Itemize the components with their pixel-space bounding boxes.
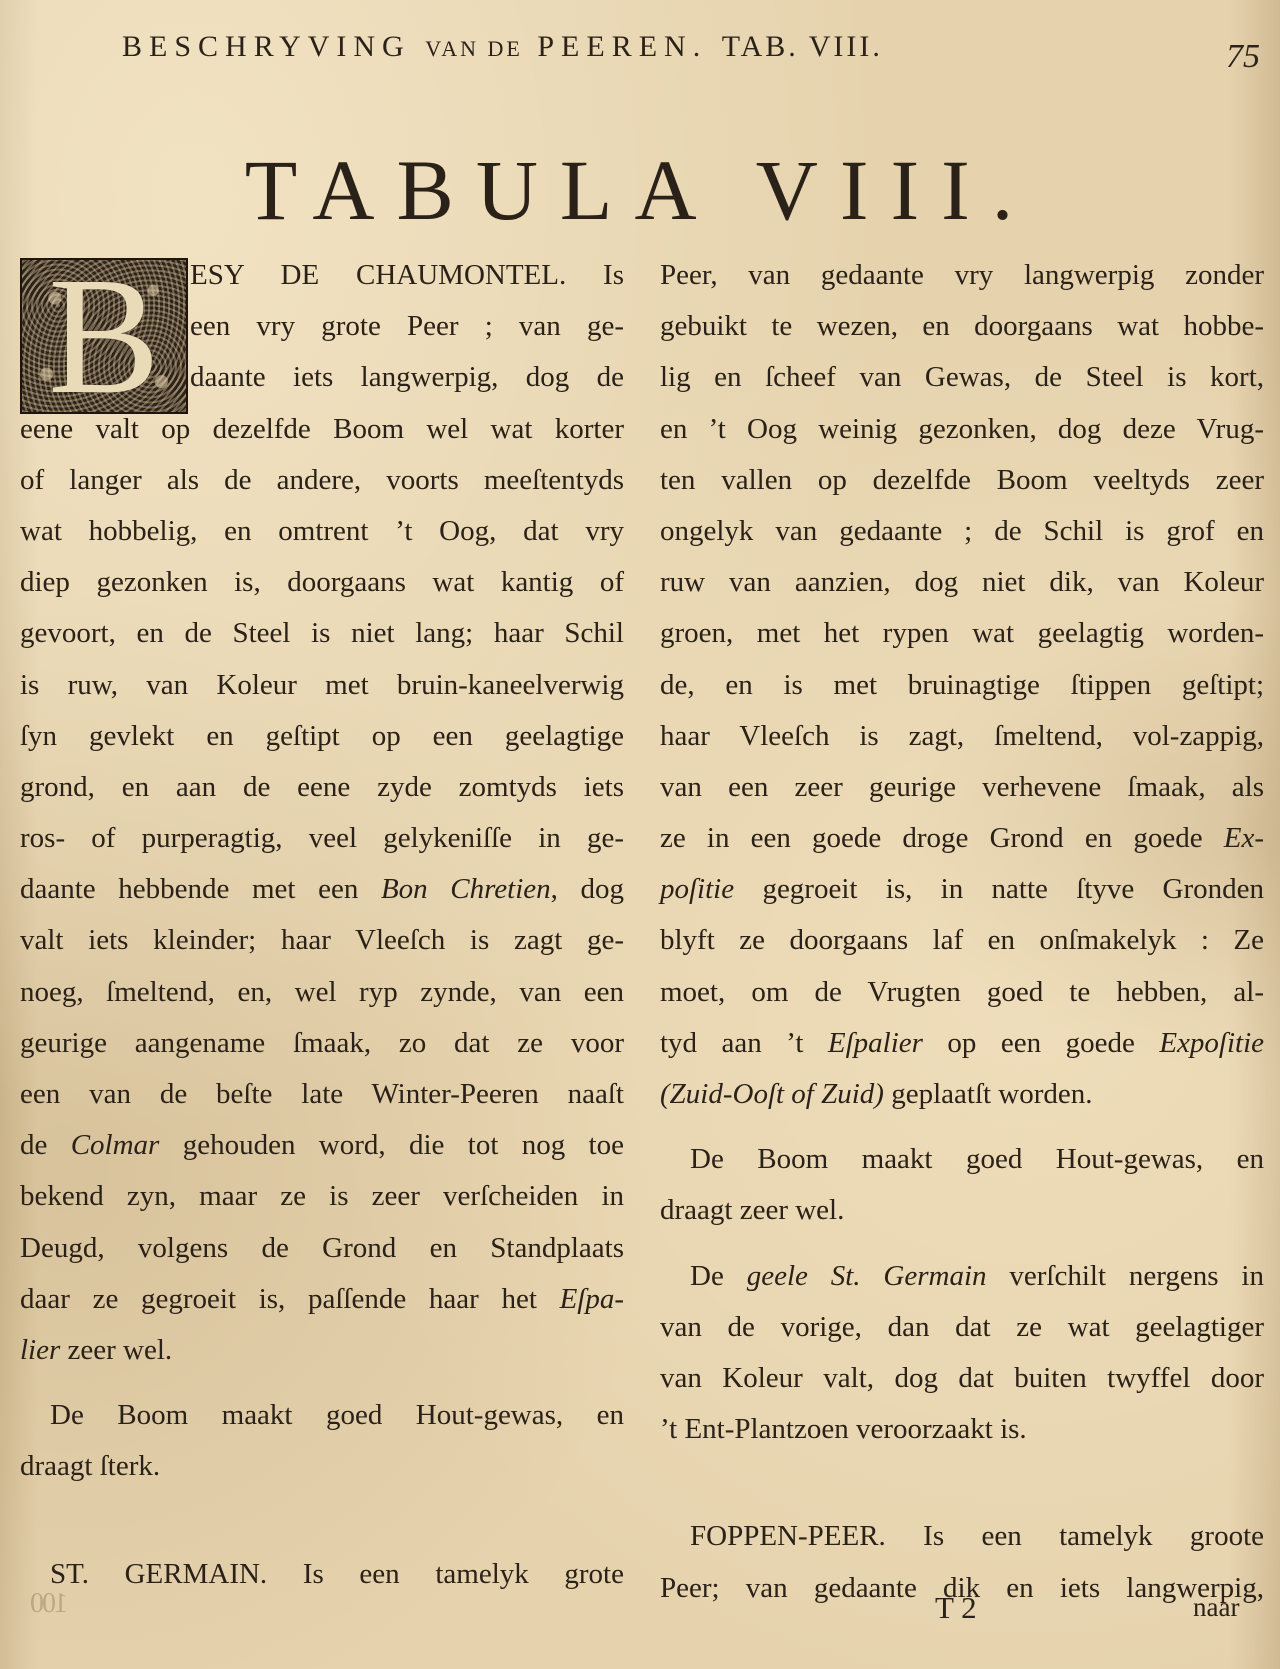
text-line: groen, met het rypen wat geelagtig worde… <box>660 608 1264 659</box>
page-title: TABULA VIII. <box>0 140 1280 240</box>
running-head-tab: TAB. VIII. <box>722 30 883 63</box>
text-line: poſitie gegroeit is, in natte ſtyve Gron… <box>660 864 1264 915</box>
text-line: blyft ze doorgaans laf en onſmakelyk : Z… <box>660 915 1264 966</box>
text-line: gevoort, en de Steel is niet lang; haar … <box>20 608 624 659</box>
text-line: van een zeer geurige verhevene ſmaak, al… <box>660 762 1264 813</box>
text-line: daar ze gegroeit is, paſſende haar het E… <box>20 1274 624 1325</box>
text-line: daante iets langwerpig, dog de <box>20 352 624 403</box>
text-line: geurige aangename ſmaak, zo dat ze voor <box>20 1018 624 1069</box>
text-line: De Boom maakt goed Hout-gewas, en <box>660 1134 1264 1185</box>
paragraph-gap <box>660 1120 1264 1134</box>
text-line: tyd aan ’t Eſpalier op een goede Expoſit… <box>660 1018 1264 1069</box>
signature-mark: T 2 <box>935 1590 977 1626</box>
paragraph-gap <box>660 1237 1264 1251</box>
text-line: bekend zyn, maar ze is zeer verſcheiden … <box>20 1171 624 1222</box>
text-line: lig en ſcheef van Gewas, de Steel is kor… <box>660 352 1264 403</box>
text-line: is ruw, van Koleur met bruin-kaneelverwi… <box>20 660 624 711</box>
text-line: grond, en aan de eene zyde zomtyds iets <box>20 762 624 813</box>
right-column: Peer, van gedaante vry langwerpig zonder… <box>660 250 1264 1614</box>
text-line: (Zuid-Ooſt of Zuid) geplaatſt worden. <box>660 1069 1264 1120</box>
section-heading-st-germain: ST. GERMAIN. Is een tamelyk grote <box>20 1549 624 1600</box>
text-line: noeg, ſmeltend, en, wel ryp zynde, van e… <box>20 967 624 1018</box>
text-span: daante hebbende met een <box>20 873 358 905</box>
catchword: naar <box>1193 1592 1239 1623</box>
italic-term-colmar: Colmar <box>71 1129 160 1161</box>
italic-term-geele-st-germain: geele St. Germain <box>747 1260 987 1292</box>
text-span: op een goede <box>947 1027 1134 1059</box>
text-line: draagt ſterk. <box>20 1441 624 1492</box>
text-span: , dog <box>551 873 624 905</box>
text-span: zeer wel. <box>68 1334 173 1366</box>
italic-term-espalier-cont: lier <box>20 1334 60 1366</box>
text-line: de Colmar gehouden word, die tot nog toe <box>20 1120 624 1171</box>
italic-term-expositie-cont: poſitie <box>660 873 734 905</box>
text-span: gehouden word, die tot nog toe <box>183 1129 624 1161</box>
text-span: de <box>20 1129 47 1161</box>
italic-term-bon-chretien: Bon Chretien <box>381 873 551 905</box>
text-line: Deugd, volgens de Grond en Standplaats <box>20 1223 624 1274</box>
page-number: 75 <box>1226 38 1260 76</box>
text-line: van de vorige, dan dat ze wat geelagtige… <box>660 1302 1264 1353</box>
text-line: lier zeer wel. <box>20 1325 624 1376</box>
section-heading-foppen-peer: FOPPEN-PEER. Is een tamelyk groote <box>660 1511 1264 1562</box>
paragraph-gap <box>20 1376 624 1390</box>
italic-term-espalier: Eſpalier <box>828 1027 923 1059</box>
book-page: BESCHRYVING VAN DE PEEREN. TAB. VIII. 75… <box>0 0 1280 1669</box>
text-line: diep gezonken is, doorgaans wat kantig o… <box>20 557 624 608</box>
text-line: een vry grote Peer ; van ge- <box>20 301 624 352</box>
text-line: Peer, van gedaante vry langwerpig zonder <box>660 250 1264 301</box>
text-span: ze in een goede droge Grond en goede <box>660 822 1203 854</box>
text-span: De <box>690 1260 724 1292</box>
running-head: BESCHRYVING VAN DE PEEREN. TAB. VIII. <box>122 30 1122 64</box>
text-line: de, en is met bruinagtige ſtippen geſtip… <box>660 660 1264 711</box>
text-line: ros- of purperagtig, veel gelykeniſſe in… <box>20 813 624 864</box>
text-line: een van de beſte late Winter-Peeren naaſ… <box>20 1069 624 1120</box>
running-head-van-de: VAN DE <box>425 36 523 61</box>
text-line: wat hobbelig, en omtrent ’t Oog, dat vry <box>20 506 624 557</box>
text-line: moet, om de Vrugten goed te hebben, al- <box>660 967 1264 1018</box>
text-span: geplaatſt worden. <box>891 1078 1092 1110</box>
bleed-through-stamp: 100 <box>32 1588 68 1620</box>
text-span: verſchilt nergens in <box>1009 1260 1264 1292</box>
text-line: of langer als de andere, voorts meeſtent… <box>20 455 624 506</box>
section-gap <box>660 1455 1264 1511</box>
text-line: gebuikt te wezen, en doorgaans wat hobbe… <box>660 301 1264 352</box>
text-span: tyd aan ’t <box>660 1027 803 1059</box>
text-line: daante hebbende met een Bon Chretien, do… <box>20 864 624 915</box>
italic-term-orientation: (Zuid-Ooſt of Zuid) <box>660 1078 884 1110</box>
text-line: ten vallen op dezelfde Boom veeltyds zee… <box>660 455 1264 506</box>
running-head-peeren: PEEREN. <box>537 30 707 63</box>
text-line: ESY DE CHAUMONTEL. Is <box>20 250 624 301</box>
section-gap <box>20 1493 624 1549</box>
text-line: draagt zeer wel. <box>660 1185 1264 1236</box>
left-column: ESY DE CHAUMONTEL. Is een vry grote Peer… <box>20 250 624 1600</box>
text-line: valt iets kleinder; haar Vleeſch is zagt… <box>20 915 624 966</box>
text-line: De Boom maakt goed Hout-gewas, en <box>20 1390 624 1441</box>
text-line: van Koleur valt, dog dat buiten twyffel … <box>660 1353 1264 1404</box>
text-span: gegroeit is, in natte ſtyve Gronden <box>762 873 1264 905</box>
italic-term-espalier: Eſpa- <box>560 1283 624 1315</box>
text-line: ze in een goede droge Grond en goede Ex- <box>660 813 1264 864</box>
text-line: ſyn gevlekt en geſtipt op een geelagtige <box>20 711 624 762</box>
text-line: ruw van aanzien, dog niet dik, van Koleu… <box>660 557 1264 608</box>
italic-term-expositie: Expoſitie <box>1159 1027 1264 1059</box>
text-line: eene valt op dezelfde Boom wel wat korte… <box>20 404 624 455</box>
text-line: haar Vleeſch is zagt, ſmeltend, vol-zapp… <box>660 711 1264 762</box>
text-line: ’t Ent-Plantzoen veroorzaakt is. <box>660 1404 1264 1455</box>
text-line: ongelyk van gedaante ; de Schil is grof … <box>660 506 1264 557</box>
text-line: De geele St. Germain verſchilt nergens i… <box>660 1251 1264 1302</box>
running-head-beschryving: BESCHRYVING <box>122 30 411 63</box>
text-span: daar ze gegroeit is, paſſende haar het <box>20 1283 537 1315</box>
text-line: en ’t Oog weinig gezonken, dog deze Vrug… <box>660 404 1264 455</box>
italic-term-expositie: Ex- <box>1224 822 1264 854</box>
